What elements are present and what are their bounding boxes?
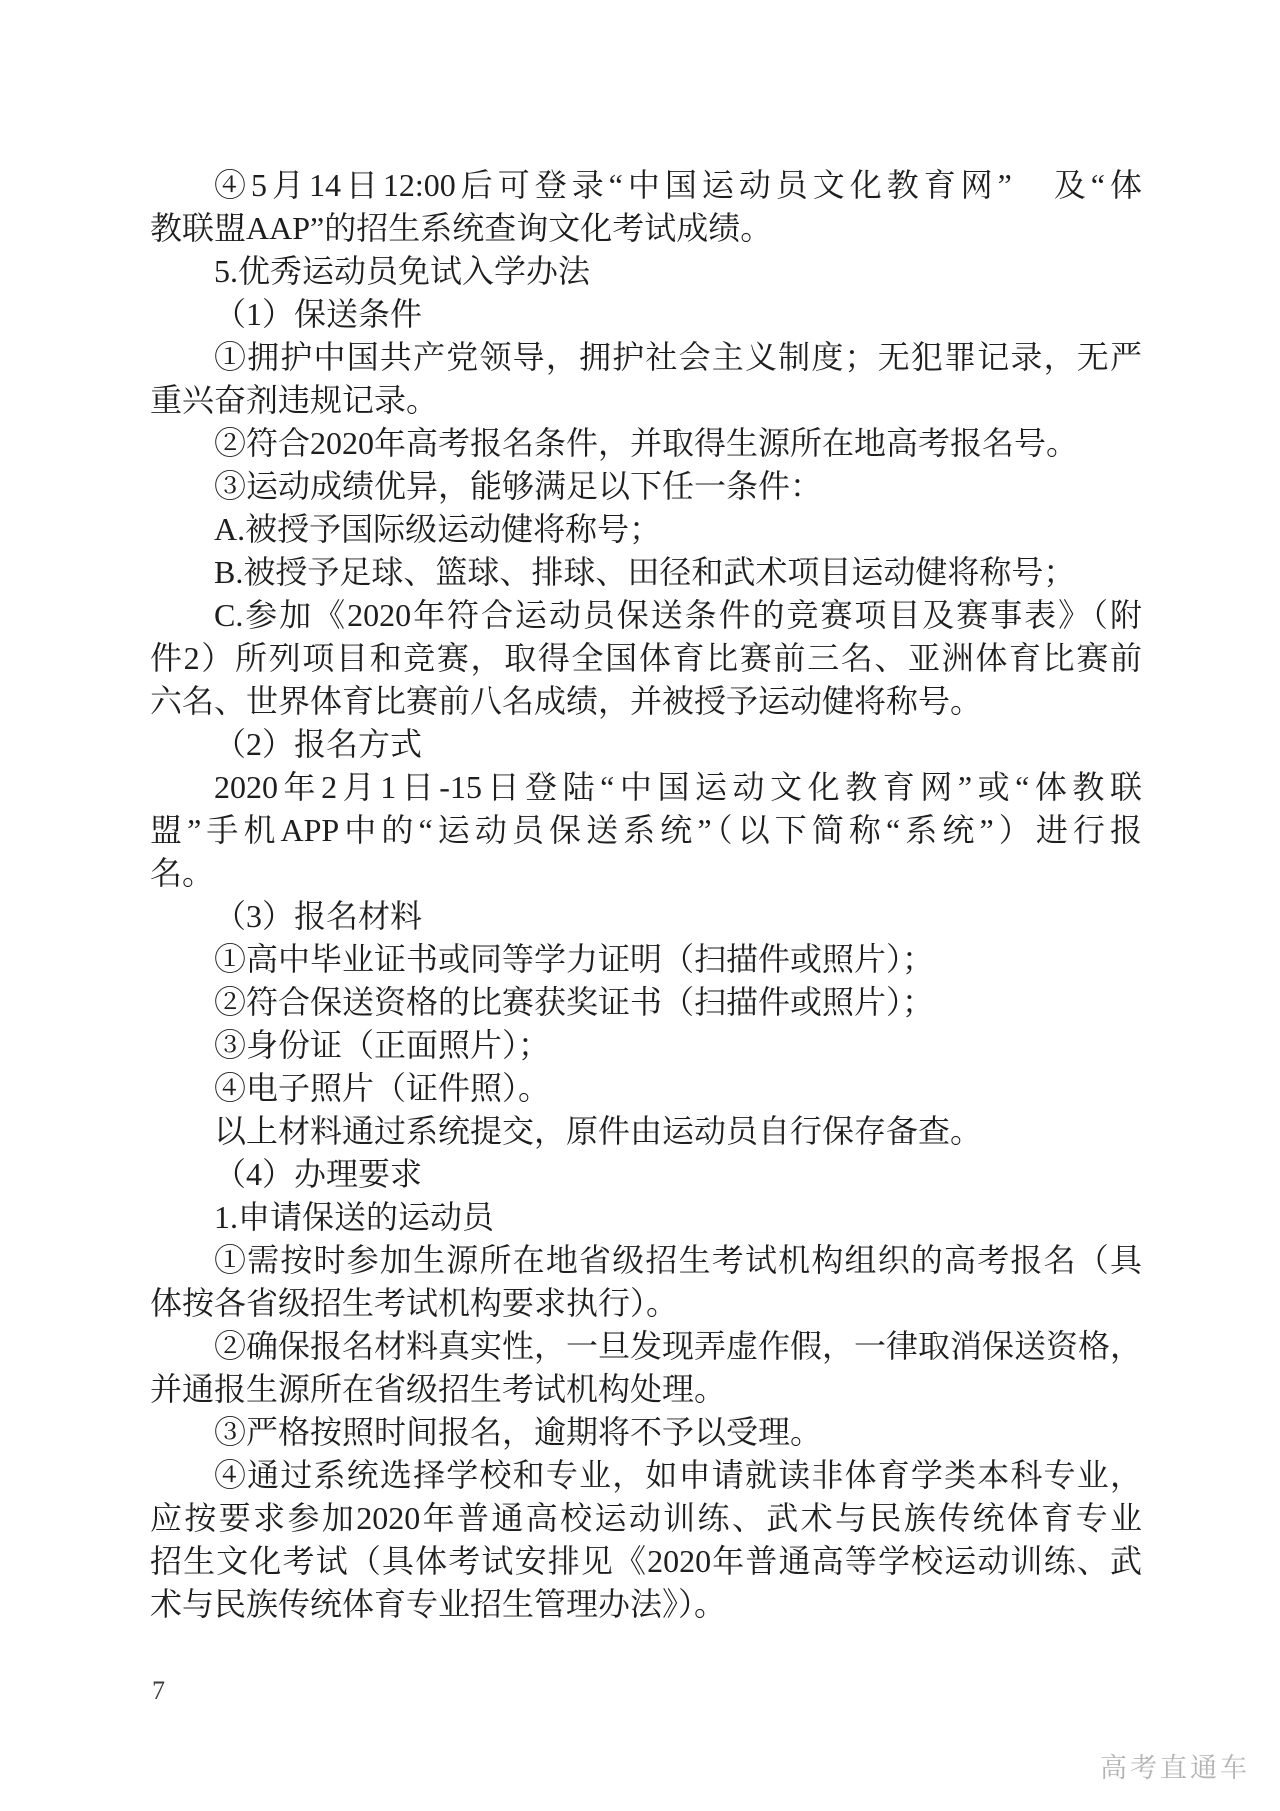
text-line: ④电子照片（证件照）。 (150, 1067, 1142, 1110)
text-line: ①拥护中国共产党领导，拥护社会主义制度；无犯罪记录，无严 (150, 336, 1142, 379)
text-line: 1.申请保送的运动员 (150, 1196, 1142, 1239)
text-line: 体按各省级招生考试机构要求执行）。 (150, 1282, 1142, 1325)
text-line: 件2）所列项目和竞赛，取得全国体育比赛前三名、亚洲体育比赛前 (150, 637, 1142, 680)
text-line: 六名、世界体育比赛前八名成绩，并被授予运动健将称号。 (150, 680, 1142, 723)
text-line: ②确保报名材料真实性，一旦发现弄虚作假，一律取消保送资格， (150, 1325, 1142, 1368)
text-line: （3）报名材料 (150, 895, 1142, 938)
text-line: 以上材料通过系统提交，原件由运动员自行保存备查。 (150, 1110, 1142, 1153)
text-line: 盟”手机APP中的“运动员保送系统”（以下简称“系统”）进行报 (150, 809, 1142, 852)
text-line: 教联盟AAP”的招生系统查询文化考试成绩。 (150, 207, 1142, 250)
text-line: ②符合保送资格的比赛获奖证书（扫描件或照片）； (150, 981, 1142, 1024)
text-line: 招生文化考试（具体考试安排见《2020年普通高等学校运动训练、武 (150, 1540, 1142, 1583)
text-line: （1）保送条件 (150, 293, 1142, 336)
text-line: 并通报生源所在省级招生考试机构处理。 (150, 1368, 1142, 1411)
text-line: （2）报名方式 (150, 723, 1142, 766)
text-line: 重兴奋剂违规记录。 (150, 379, 1142, 422)
watermark-text: 高考直通车 (1100, 1753, 1250, 1783)
text-line: A.被授予国际级运动健将称号； (150, 508, 1142, 551)
text-line: ④5月14日12:00后可登录“中国运动员文化教育网” 及“体 (150, 164, 1142, 207)
text-line: ②符合2020年高考报名条件，并取得生源所在地高考报名号。 (150, 422, 1142, 465)
text-line: 术与民族传统体育专业招生管理办法》）。 (150, 1583, 1142, 1626)
text-line: ④通过系统选择学校和专业，如申请就读非体育学类本科专业， (150, 1454, 1142, 1497)
document-page: ④5月14日12:00后可登录“中国运动员文化教育网” 及“体 教联盟AAP”的… (150, 164, 1142, 1626)
text-line: ①需按时参加生源所在地省级招生考试机构组织的高考报名（具 (150, 1239, 1142, 1282)
text-line: （4）办理要求 (150, 1153, 1142, 1196)
text-line: 5.优秀运动员免试入学办法 (150, 250, 1142, 293)
text-line: ①高中毕业证书或同等学力证明（扫描件或照片）； (150, 938, 1142, 981)
text-line: 2020年2月1日-15日登陆“中国运动文化教育网”或“体教联 (150, 766, 1142, 809)
text-line: C.参加《2020年符合运动员保送条件的竞赛项目及赛事表》（附 (150, 594, 1142, 637)
text-line: ③严格按照时间报名，逾期将不予以受理。 (150, 1411, 1142, 1454)
text-line: ③运动成绩优异，能够满足以下任一条件： (150, 465, 1142, 508)
text-line: 应按要求参加2020年普通高校运动训练、武术与民族传统体育专业 (150, 1497, 1142, 1540)
text-line: B.被授予足球、篮球、排球、田径和武术项目运动健将称号； (150, 551, 1142, 594)
text-line: ③身份证（正面照片）； (150, 1024, 1142, 1067)
page-number: 7 (152, 1676, 165, 1706)
text-line: 名。 (150, 852, 1142, 895)
